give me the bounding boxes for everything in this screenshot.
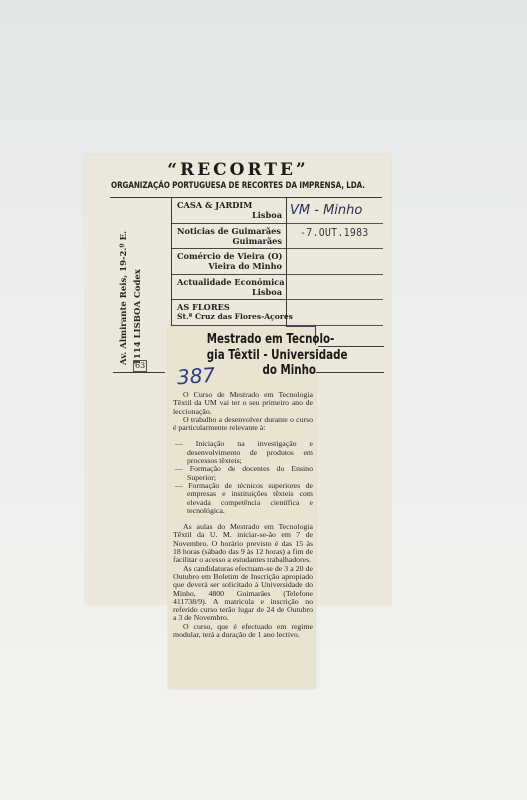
article-paragraph: O trabalho a desenvolver durante o curso… [173, 416, 313, 433]
page-number: 63 [133, 360, 147, 372]
article-paragraph: O Curso de Mestrado em Tecnologia Têxtil… [173, 391, 313, 416]
publication-row: Actualidade Económica Lisboa [172, 275, 286, 301]
agency-organization: ORGANIZAÇÃO PORTUGUESA DE RECORTES DA IM… [106, 180, 369, 190]
publication-name: CASA & JARDIM [177, 200, 252, 210]
date-line [287, 300, 383, 326]
handwritten-publication: VM - Minho [290, 203, 362, 218]
publication-row: CASA & JARDIM Lisboa [172, 198, 286, 224]
publication-city: Guimarães [233, 236, 282, 246]
publication-row: AS FLORES St.ª Cruz das Flores-Açores [172, 300, 286, 326]
article-body: O Curso de Mestrado em Tecnologia Têxtil… [173, 391, 313, 639]
divider-line [316, 372, 384, 373]
article-paragraph: As aulas do Mestrado em Tecnologia Têxti… [173, 523, 313, 564]
divider-line [113, 372, 165, 373]
article-list-item: Formação de docentes do Ensino Superior; [175, 465, 313, 482]
agency-brand: “RECORTE” [85, 160, 391, 180]
publication-city: Lisboa [252, 210, 282, 220]
article-list-item: Formação de técnicos superiores de empre… [175, 482, 313, 515]
article-paragraph: O curso, que é efectuado em regime modul… [173, 623, 313, 640]
publication-name: Comércio de Vieira (O) [177, 251, 282, 261]
publication-name: AS FLORES [177, 302, 230, 312]
address-street: Av. Almirante Reis, 19-2.º E. [117, 231, 131, 365]
publication-name: Noticias de Guimarães [177, 226, 281, 236]
publication-city: Lisboa [252, 287, 282, 297]
headline-line: Mestrado em Tecnolo- [207, 332, 316, 348]
date-stamp: -7.OUT.1983 [300, 226, 369, 239]
publication-row: Noticias de Guimarães Guimarães [172, 224, 286, 250]
article-list: Iniciação na investigação e desenvolvime… [175, 440, 313, 515]
publication-row: Comércio de Vieira (O) Vieira do Minho [172, 249, 286, 275]
article-paragraph: As candidaturas efectuam-se de 3 a 20 de… [173, 565, 313, 623]
publication-city: Vieira do Minho [208, 261, 282, 271]
publication-table: CASA & JARDIM Lisboa Noticias de Guimarã… [171, 198, 287, 326]
agency-address: Av. Almirante Reis, 19-2.º E. 1114 LISBO… [117, 231, 145, 365]
article-headline: Mestrado em Tecnolo- gia Têxtil - Univer… [207, 332, 316, 379]
headline-line: gia Têxtil - Universidade [207, 348, 316, 364]
article-list-item: Iniciação na investigação e desenvolvime… [175, 440, 313, 465]
handwritten-reference-number: 387 [176, 363, 216, 390]
publication-city: St.ª Cruz das Flores-Açores [177, 312, 293, 321]
date-line [287, 275, 383, 301]
address-city: 1114 LISBOA Codex [131, 231, 145, 365]
publication-name: Actualidade Económica [177, 277, 285, 287]
date-line [287, 249, 383, 275]
headline-line: do Minho [207, 363, 316, 379]
